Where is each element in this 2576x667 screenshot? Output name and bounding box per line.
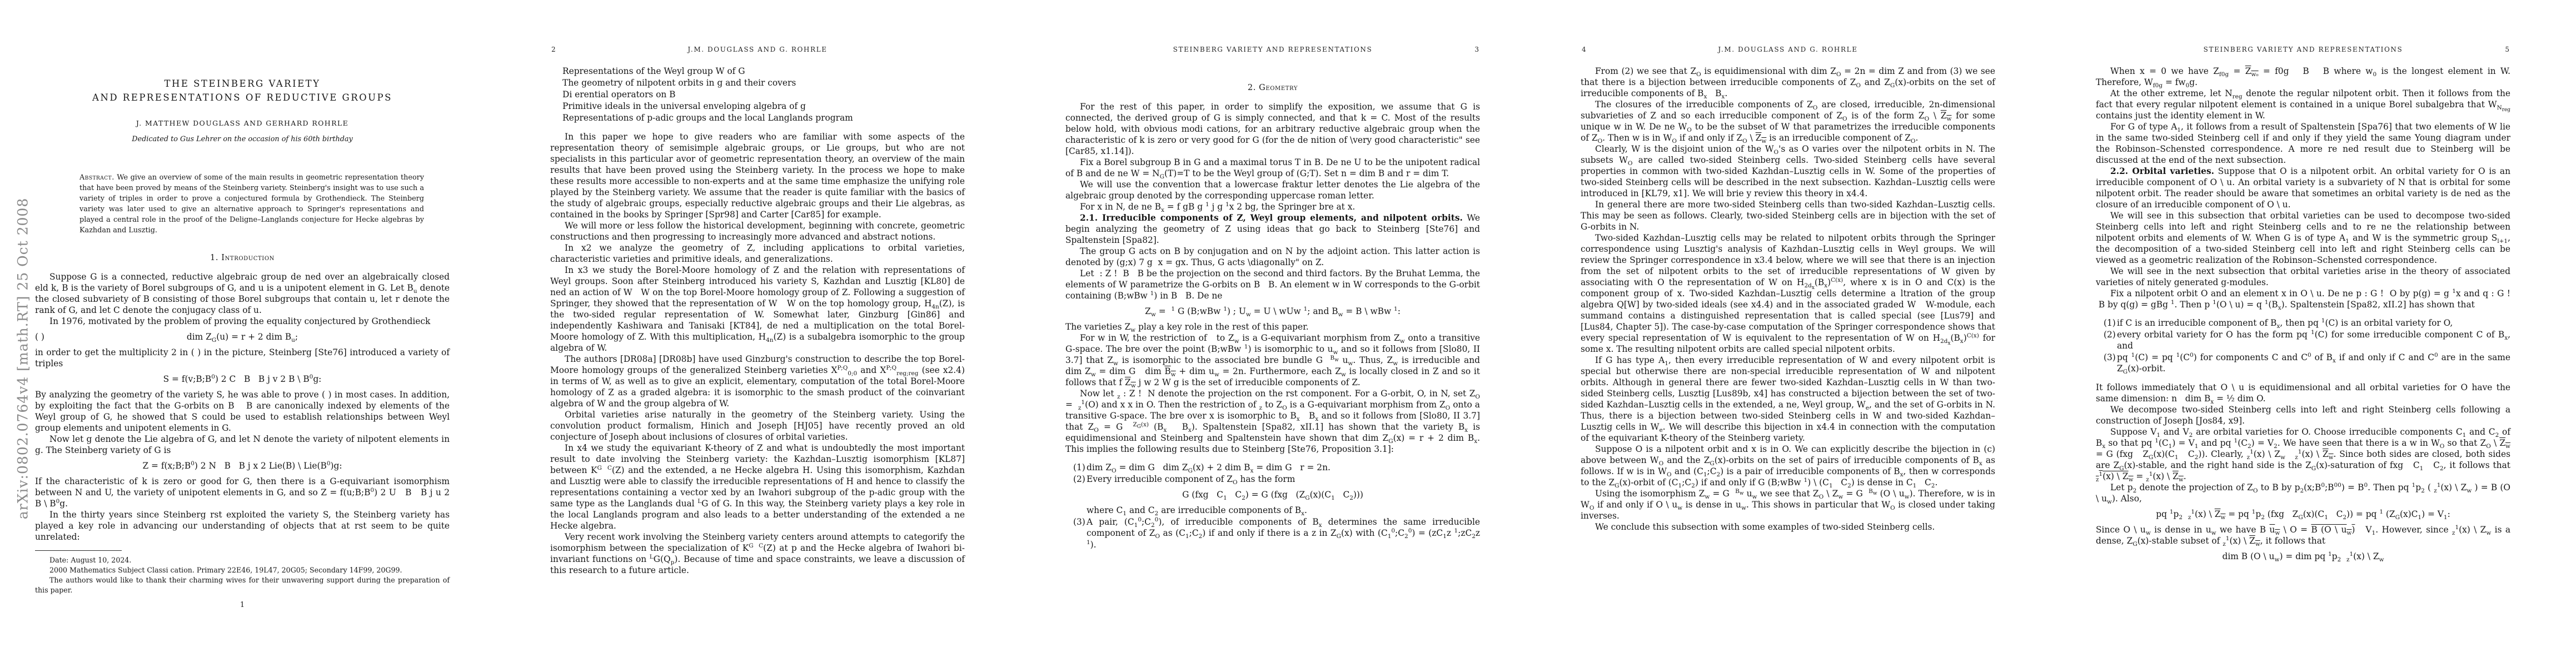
- dedication-line: Dedicated to Gus Lehrer on the occasion …: [35, 135, 450, 143]
- paragraph: By analyzing the geometry of the variety…: [35, 389, 450, 434]
- paragraph: We will more or less follow the historic…: [550, 220, 965, 242]
- paragraph: Suppose V1 and V2 are orbital varieties …: [2096, 426, 2510, 482]
- paragraph: In this paper we hope to give readers wh…: [550, 131, 965, 220]
- paper-title-line: AND REPRESENTATIONS OF REDUCTIVE GROUPS: [35, 91, 450, 104]
- running-header-title: J.M. DOUGLASS AND G. ROHRLE: [550, 46, 965, 53]
- list-item: The geometry of nilpotent orbits in g an…: [550, 77, 965, 89]
- paragraph: Two-sided Kazhdan–Lusztig cells may be r…: [1581, 232, 1995, 355]
- paragraph: Very recent work involving the Steinberg…: [550, 531, 965, 576]
- list-item: (1)dim ZO = dim G dim ZG(x) + 2 dim Bx =…: [1065, 462, 1480, 474]
- paragraph: In the thirty years since Steinberg rst …: [35, 509, 450, 542]
- list-item: Di erential operators on B: [550, 89, 965, 101]
- section-heading: 1. Introduction: [35, 253, 450, 262]
- paragraph: In x3 we study the Borel-Moore homology …: [550, 265, 965, 354]
- paragraph: We decompose two-sided Steinberg cells i…: [2096, 404, 2510, 426]
- footnote-rule: [35, 550, 122, 551]
- list-item: (2)Every irreducible component of ZO has…: [1065, 474, 1480, 485]
- paper-title-line: THE STEINBERG VARIETY: [35, 77, 450, 91]
- list-item-number: (2): [2104, 329, 2116, 341]
- equation-body: dim B (O \ uw) = dim pq 1p2 z1(x) \ Zw: [2223, 551, 2384, 561]
- paragraph: Orbital varieties arise naturally in the…: [550, 409, 965, 442]
- equation-tag: ( ): [35, 331, 44, 343]
- list-item: (3)A pair, (C10;C20), of irreducible com…: [1065, 516, 1480, 551]
- running-header: 2J.M. DOUGLASS AND G. ROHRLE: [550, 46, 965, 53]
- paragraph: Clearly, W is the disjoint union of the …: [1581, 143, 1995, 199]
- page-content: From (2) we see that ZO is equidimension…: [1581, 66, 1995, 532]
- footnote-line: Date: August 10, 2024.: [35, 555, 450, 565]
- paragraph: From (2) we see that ZO is equidimension…: [1581, 66, 1995, 99]
- running-header-title: J.M. DOUGLASS AND G. ROHRLE: [1581, 46, 1995, 53]
- page-number: 1: [35, 601, 450, 609]
- paragraph: If G has type A1, then every irreducible…: [1581, 355, 1995, 444]
- list-item-text: pq 1(C) = pq 1(C0) for components C and …: [2117, 352, 2510, 374]
- running-header-title: STEINBERG VARIETY AND REPRESENTATIONS: [1065, 46, 1480, 53]
- paragraph: Now let z : Z ! N denote the projection …: [1065, 388, 1480, 455]
- paragraph: When x = 0 we have Zf0g = Zw₀ = f0g B B …: [2096, 66, 2510, 88]
- display-equation: pq 1p2 z1(x) \ Zw = pq 1p2 (fxg ZG(x)(C1…: [2096, 508, 2510, 520]
- paragraph: In 1976, motivated by the problem of pro…: [35, 316, 450, 327]
- list-item: (3)pq 1(C) = pq 1(C0) for components C a…: [2096, 352, 2510, 375]
- page-content: THE STEINBERG VARIETYAND REPRESENTATIONS…: [35, 0, 450, 609]
- paragraph: in order to get the multiplicity 2 in ( …: [35, 347, 450, 369]
- document: arXiv:0802.0764v4 [math.RT] 25 Oct 2008 …: [0, 0, 2576, 667]
- paragraph: Suppose G is a connected, reductive alge…: [35, 271, 450, 316]
- list-item-number: (3): [2104, 352, 2116, 364]
- running-header: 4J.M. DOUGLASS AND G. ROHRLE: [1581, 46, 1995, 53]
- paragraph: 2.1. Irreducible components of Z, Weyl g…: [1065, 212, 1480, 246]
- abstract-label: Abstract.: [79, 173, 114, 182]
- paragraph: The group G acts on B by conjugation and…: [1065, 246, 1480, 268]
- running-header: STEINBERG VARIETY AND REPRESENTATIONS5: [2096, 46, 2510, 53]
- running-header: STEINBERG VARIETY AND REPRESENTATIONS3: [1065, 46, 1480, 53]
- paragraph: For x in N, de ne Bx = f gB g 1 j g 1x 2…: [1065, 201, 1480, 212]
- page-content: When x = 0 we have Zf0g = Zw₀ = f0g B B …: [2096, 66, 2510, 566]
- section-heading: 2. Geometry: [1065, 83, 1480, 92]
- paragraph: For the rest of this paper, in order to …: [1065, 101, 1480, 157]
- list-item: Representations of p-adic groups and the…: [550, 112, 965, 124]
- list-item-text: A pair, (C10;C20), of irreducible compon…: [1087, 517, 1480, 550]
- paragraph: Now let g denote the Lie algebra of G, a…: [35, 434, 450, 456]
- paragraph: For G of type A1, it follows from a resu…: [2096, 121, 2510, 166]
- list-item-text: every orbital variety for O has the form…: [2117, 330, 2510, 351]
- list-item-number: (2): [1073, 474, 1085, 485]
- paragraph: At the other extreme, let Nreg denote th…: [2096, 88, 2510, 121]
- page-content: 2. GeometryFor the rest of this paper, i…: [1065, 66, 1480, 550]
- equation-body: dim ZG(u) = r + 2 dim Bu;: [187, 332, 298, 342]
- display-equation: G (fxg C1 C2) = G (fxg (ZG(x)(C1 C2))): [1065, 489, 1480, 501]
- paragraph: Let p2 denote the projection of ZO to B …: [2096, 482, 2510, 504]
- list-item: (1)if C is an irreducible component of B…: [2096, 317, 2510, 329]
- abstract: Abstract. We give an overview of some of…: [79, 172, 424, 236]
- page-4: 4J.M. DOUGLASS AND G. ROHRLEFrom (2) we …: [1546, 0, 2061, 667]
- paragraph: In general there are more two-sided Stei…: [1581, 199, 1995, 232]
- paragraph: 2.2. Orbital varieties. Suppose that O i…: [2096, 166, 2510, 210]
- footnote-line: The authors would like to thank their ch…: [35, 575, 450, 595]
- abstract-text: We give an overview of some of the main …: [79, 173, 424, 235]
- footnote-line: 2000 Mathematics Subject Classi cation. …: [35, 565, 450, 575]
- equation-body: S = f(v;B;B0) 2 C B B j v 2 B \ B0g:: [163, 374, 322, 384]
- list-item: Representations of the Weyl group W of G: [550, 66, 965, 77]
- subsection-heading: 2.1. Irreducible components of Z, Weyl g…: [1080, 213, 1463, 223]
- header-page-number: 5: [2505, 46, 2509, 53]
- list-item-text: Every irreducible component of ZO has th…: [1087, 474, 1295, 484]
- display-equation: ( )dim ZG(u) = r + 2 dim Bu;: [35, 331, 450, 343]
- paragraph: Fix a Borel subgroup B in G and a maxima…: [1065, 157, 1480, 179]
- list-item: (2)every orbital variety for O has the f…: [2096, 329, 2510, 352]
- page-5: STEINBERG VARIETY AND REPRESENTATIONS5Wh…: [2061, 0, 2576, 667]
- equation-body: pq 1p2 z1(x) \ Zw = pq 1p2 (fxg ZG(x)(C1…: [2156, 509, 2450, 519]
- paragraph: The closures of the irreducible componen…: [1581, 99, 1995, 143]
- page-1: THE STEINBERG VARIETYAND REPRESENTATIONS…: [0, 0, 515, 667]
- equation-body: Zw = 1 G (B;wBw 1) ; Uw = U \ wUw 1; and…: [1145, 306, 1401, 316]
- paragraph: The authors [DR08a] [DR08b] have used Gi…: [550, 354, 965, 409]
- header-page-number: 3: [1474, 46, 1479, 53]
- paragraph: We will use the convention that a lowerc…: [1065, 179, 1480, 201]
- display-equation: Zw = 1 G (B;wBw 1) ; Uw = U \ wUw 1; and…: [1065, 305, 1480, 317]
- equation-body: G (fxg C1 C2) = G (fxg (ZG(x)(C1 C2))): [1182, 490, 1363, 500]
- paragraph: Using the isomorphism Zw = G Bw uw we se…: [1581, 488, 1995, 521]
- equation-body: Z = f(x;B;B0) 2 N B B j x 2 Lie(B) \ Lie…: [142, 461, 342, 471]
- paragraph: We will see in the next subsection that …: [2096, 266, 2510, 288]
- subsection-heading: 2.2. Orbital varieties.: [2110, 166, 2214, 176]
- list-item: Primitive ideals in the universal envelo…: [550, 101, 965, 112]
- paragraph: Since O \ uw is dense in uw we have B uw…: [2096, 524, 2510, 546]
- page-2: 2J.M. DOUGLASS AND G. ROHRLERepresentati…: [515, 0, 1030, 667]
- display-equation: Z = f(x;B;B0) 2 N B B j x 2 Lie(B) \ Lie…: [35, 460, 450, 472]
- header-page-number: 2: [551, 46, 556, 53]
- list-item-number: (1): [2104, 317, 2116, 329]
- display-equation: dim B (O \ uw) = dim pq 1p2 z1(x) \ Zw: [2096, 550, 2510, 563]
- paragraph: Suppose O is a nilpotent orbit and x is …: [1581, 444, 1995, 488]
- list-item-number: (1): [1073, 462, 1085, 474]
- list-item-text: if C is an irreducible component of Bx, …: [2117, 318, 2453, 328]
- paragraph: Let : Z ! B B be the projection on the s…: [1065, 268, 1480, 301]
- paragraph: The varieties Zw play a key role in the …: [1065, 321, 1480, 332]
- paragraph: We will see in this subsection that orbi…: [2096, 210, 2510, 266]
- running-header-title: STEINBERG VARIETY AND REPRESENTATIONS: [2096, 46, 2510, 53]
- authors-line: J. MATTHEW DOUGLASS AND GERHARD ROHRLE: [35, 119, 450, 127]
- paragraph: In x2 we analyze the geometry of Z, incl…: [550, 242, 965, 265]
- list-item-continuation: where C1 and C2 are irreducible componen…: [1065, 505, 1480, 516]
- list-item-text: dim ZO = dim G dim ZG(x) + 2 dim Bx = di…: [1087, 462, 1331, 472]
- paragraph: It follows immediately that O \ u is equ…: [2096, 382, 2510, 404]
- paragraph: If the characteristic of k is zero or go…: [35, 476, 450, 509]
- arxiv-watermark: arXiv:0802.0764v4 [math.RT] 25 Oct 2008: [15, 198, 31, 519]
- footnotes: Date: August 10, 2024.2000 Mathematics S…: [35, 550, 450, 595]
- page-3: STEINBERG VARIETY AND REPRESENTATIONS32.…: [1030, 0, 1546, 667]
- paragraph: Fix a nilpotent orbit O and an element x…: [2096, 288, 2510, 310]
- paragraph: In x4 we study the equivariant K-theory …: [550, 442, 965, 531]
- page-content: Representations of the Weyl group W of G…: [550, 66, 965, 576]
- paragraph: We conclude this subsection with some ex…: [1581, 521, 1995, 532]
- paragraph: For w in W, the restriction of to Zw is …: [1065, 332, 1480, 388]
- display-equation: S = f(v;B;B0) 2 C B B j v 2 B \ B0g:: [35, 373, 450, 385]
- list-item-number: (3): [1073, 516, 1085, 528]
- header-page-number: 4: [1582, 46, 1586, 53]
